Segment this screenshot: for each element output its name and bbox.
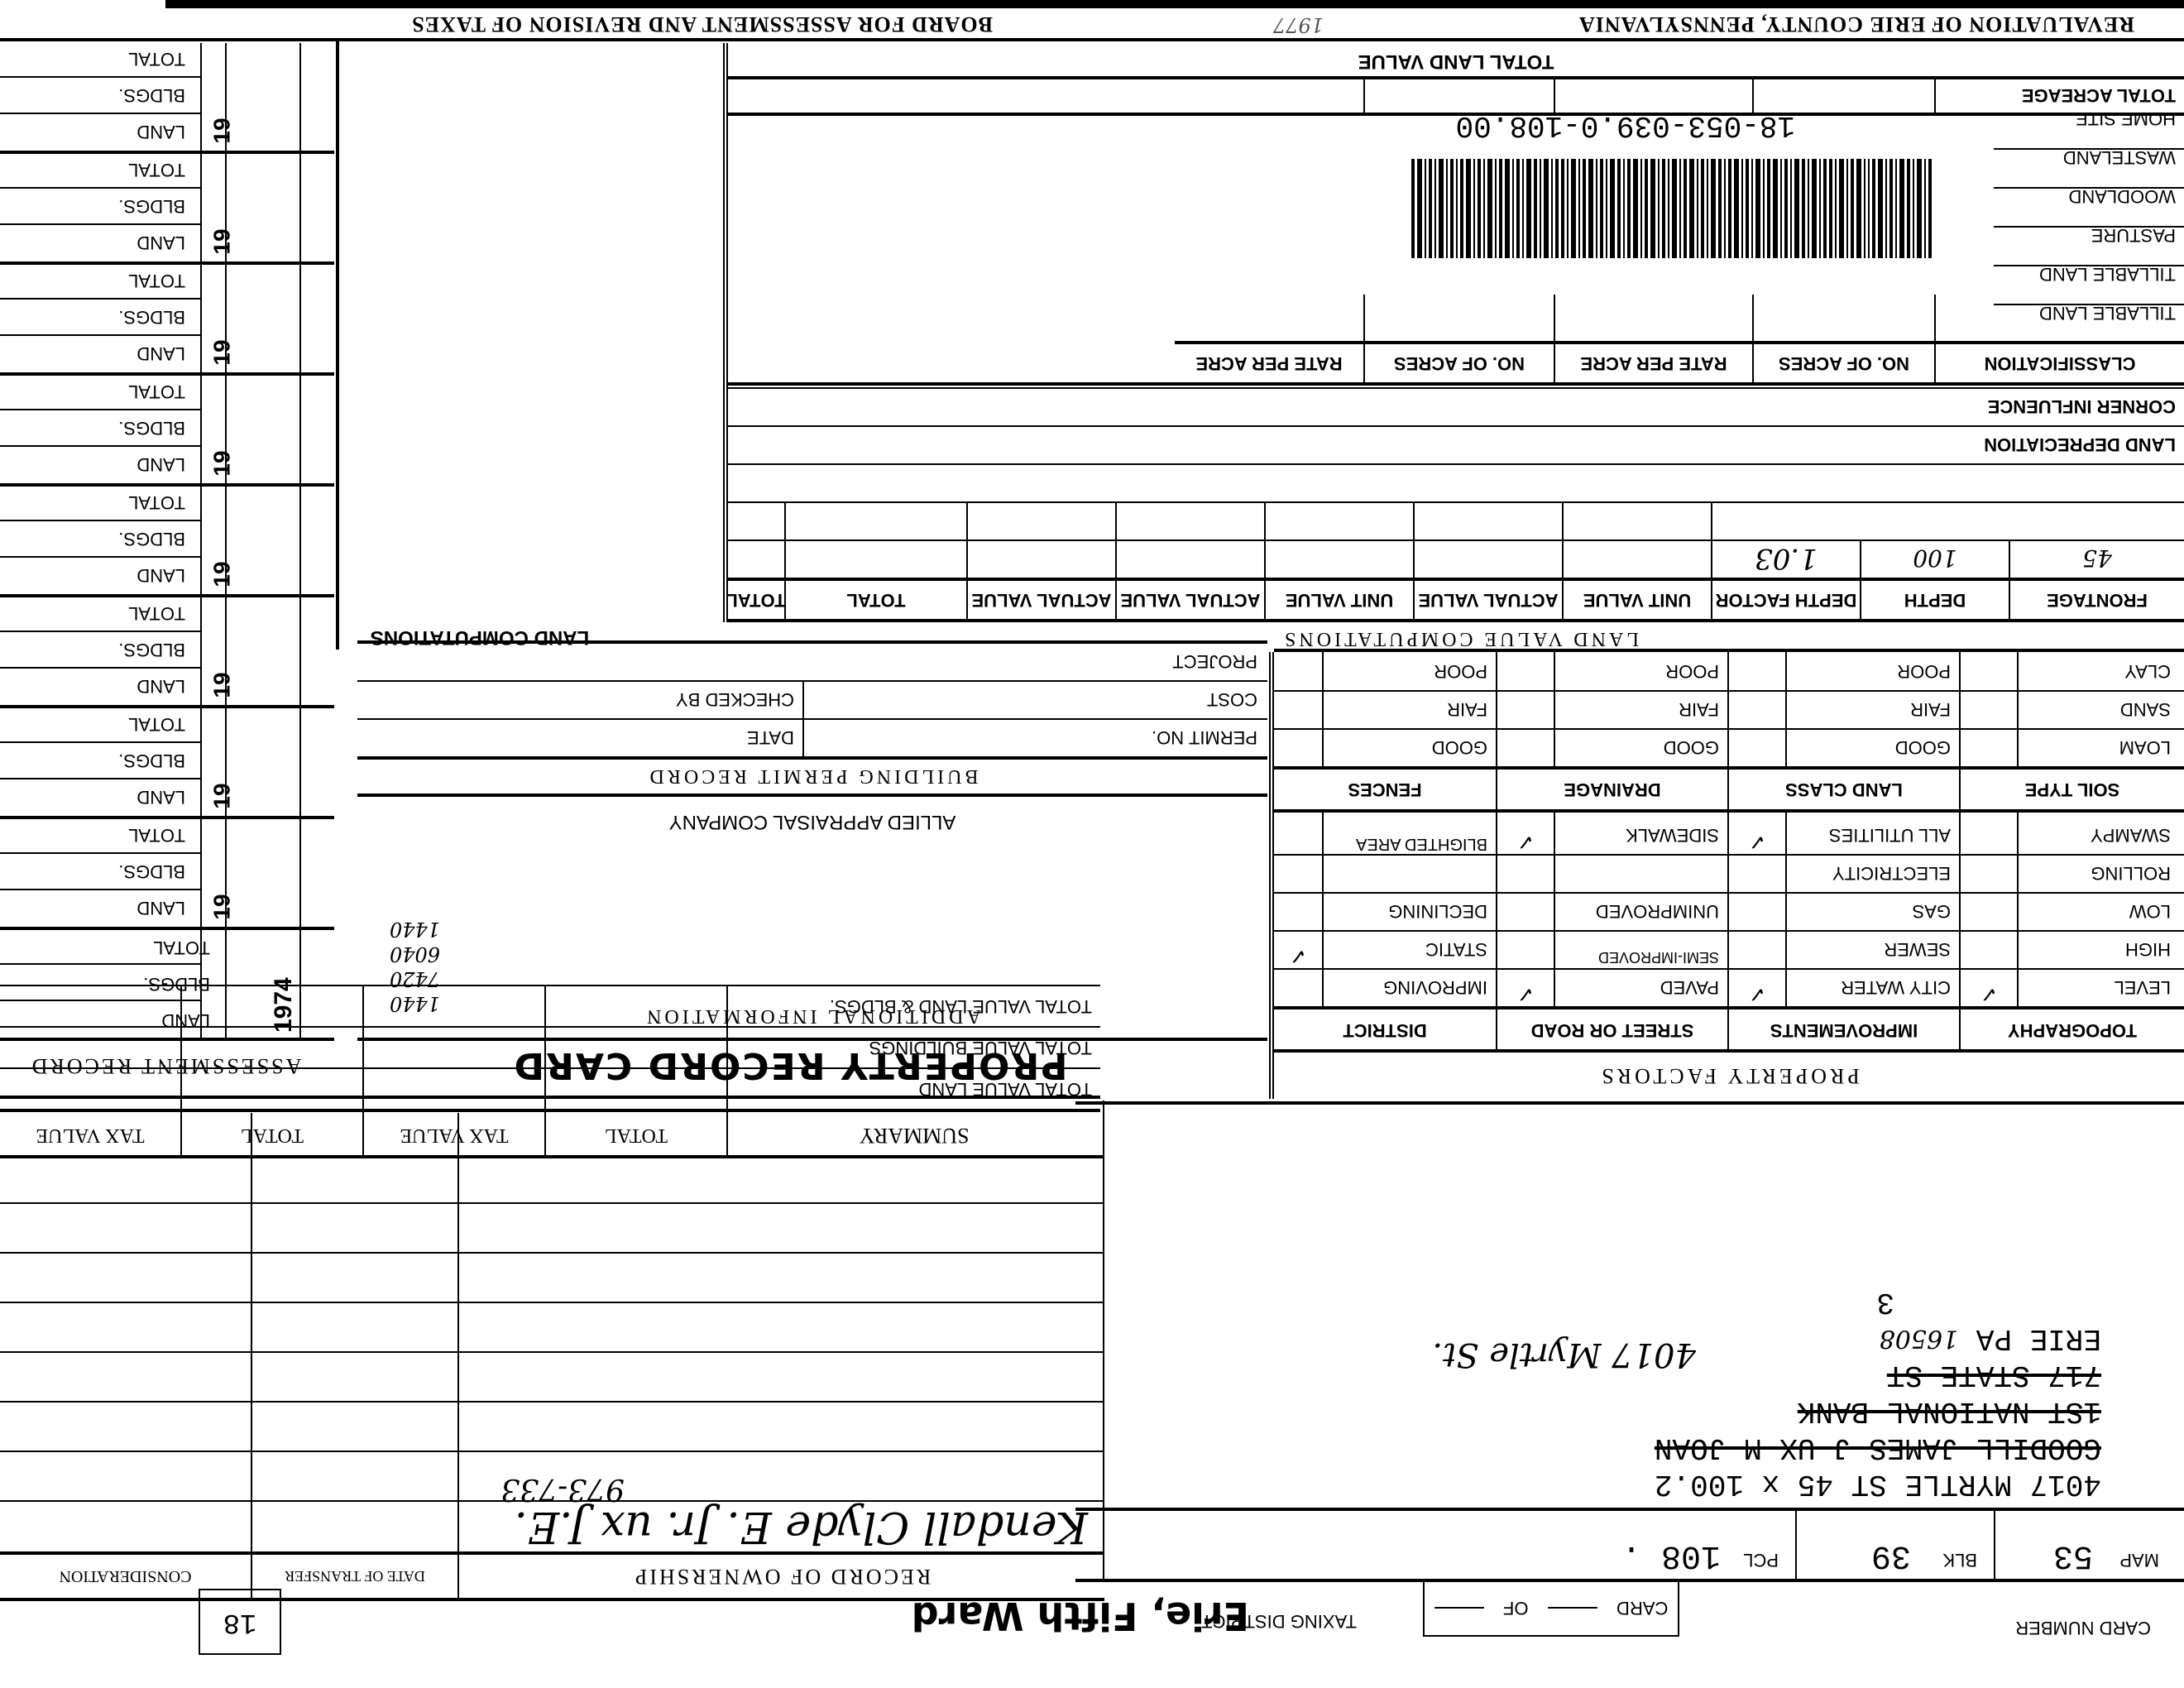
check-mark[interactable]	[1729, 930, 1787, 968]
rule	[357, 756, 1267, 760]
factor-label	[1324, 854, 1497, 892]
col-line	[966, 539, 968, 578]
rule	[0, 889, 202, 890]
factor-label	[1555, 854, 1729, 892]
assessment-row-label: BLDGS.	[118, 639, 185, 660]
rule	[0, 409, 202, 410]
year-prefix: 19	[208, 117, 235, 143]
address-line: 4017 MYRTLE ST 45 x 100.2	[1655, 1465, 2101, 1502]
cost-row[interactable]: COST CHECKED BY	[357, 680, 1267, 718]
col-line	[1115, 539, 1117, 578]
rule	[0, 334, 202, 336]
factor-label: SEWER	[1875, 930, 1961, 968]
row-wasteland: WASTELAND	[2039, 138, 2176, 177]
rule	[728, 578, 2184, 581]
check-mark[interactable]: ✓	[1497, 968, 1555, 1006]
check-mark[interactable]	[1497, 892, 1555, 930]
col-line	[1562, 539, 1564, 578]
check-mark[interactable]	[1274, 892, 1324, 930]
rule	[1994, 148, 2184, 150]
check-mark[interactable]	[1961, 930, 2019, 968]
factor-row: SWAMPY ALL UTILITIES ✓ SIDEWALK ✓ BLIGHT…	[1274, 813, 2184, 854]
col-line	[1711, 539, 1712, 578]
header-total: TOTAL	[786, 581, 968, 619]
col-line	[784, 501, 786, 539]
col-line	[1115, 501, 1117, 539]
factor-label: GOOD	[1655, 728, 1729, 766]
year-prefix: 19	[208, 450, 235, 476]
check-box[interactable]	[1785, 652, 1787, 690]
note: 6040	[390, 942, 440, 966]
city-line: ERIE PA	[1976, 1321, 2101, 1355]
corner-influence-row[interactable]: CORNER INFLUENCE	[728, 387, 2184, 425]
check-mark[interactable]: ✓	[1274, 930, 1324, 968]
blk-label: BLK	[1942, 1549, 1977, 1571]
line-number: 3	[1655, 1283, 2101, 1320]
check-mark[interactable]	[1497, 930, 1555, 968]
ownership-row[interactable]	[0, 1202, 1104, 1204]
assessment-row-label: BLDGS.	[118, 861, 185, 882]
year-prefix: 19	[208, 339, 235, 365]
summary-col-total: TOTAL	[546, 1109, 728, 1158]
note: 1440	[390, 991, 440, 1016]
check-box[interactable]	[1322, 728, 1324, 766]
ownership-row[interactable]	[0, 1302, 1104, 1303]
rule	[1994, 304, 2184, 305]
card-label: CARD	[1616, 1597, 1668, 1618]
header-frontage: FRONTAGE	[2010, 581, 2184, 619]
assessment-row-label: LAND	[136, 232, 185, 253]
factor-label: UNIMPROVED	[1588, 892, 1729, 930]
check-mark[interactable]: ✓	[1729, 813, 1787, 854]
assessment-block[interactable]	[0, 930, 334, 1041]
card-of-box[interactable]: CARD OF	[1423, 1579, 1679, 1637]
header-unit-value-2: UNIT VALUE	[1266, 581, 1415, 619]
rule	[1274, 1006, 2184, 1009]
header-topography: TOPOGRAPHY	[1961, 1009, 2184, 1051]
assessment-block[interactable]: 19LANDBLDGS.TOTAL	[0, 43, 334, 154]
rule	[728, 113, 2184, 116]
rule	[0, 445, 202, 447]
assessment-row-label: BLDGS.	[118, 84, 185, 106]
assessment-block[interactable]: 19LANDBLDGS.TOTAL	[0, 597, 334, 708]
divider	[1269, 652, 1274, 1099]
rule	[1994, 265, 2184, 266]
factor-label: SEMI-IMPROVED	[1555, 930, 1729, 968]
header-street-road: STREET OR ROAD	[1497, 1009, 1729, 1051]
header-rate-per-acre: RATE PER ACRE	[1555, 344, 1754, 382]
ownership-title: RECORD OF OWNERSHIP	[459, 1551, 1104, 1601]
header-drainage: DRAINAGE	[1497, 770, 1729, 809]
ownership-row[interactable]	[0, 1252, 1104, 1254]
land-value-row[interactable]	[728, 463, 2184, 501]
check-mark[interactable]: ✓	[1497, 813, 1555, 854]
assessment-row-label: BLDGS.	[118, 528, 185, 549]
factor-label: HIGH	[2125, 938, 2171, 960]
factor-label: IMPROVING	[1375, 968, 1497, 1006]
header-depth: DEPTH	[1861, 581, 2010, 619]
header-total-2: TOTAL	[728, 581, 786, 619]
rule	[0, 223, 202, 225]
factor-row: ROLLING ELECTRICITY	[1274, 854, 2184, 892]
factor-label: POOR	[1425, 652, 1497, 690]
factor-label: STATIC	[1417, 930, 1497, 968]
ownership-row[interactable]	[0, 1351, 1104, 1353]
pcl-cell: PCL 108 .	[1084, 1509, 1795, 1579]
summary-title: SUMMARY	[728, 1109, 1100, 1158]
rule	[728, 382, 2184, 386]
total-acreage-label: TOTAL ACREAGE	[2022, 84, 2176, 106]
col-date-transfer: DATE OF TRANSFER	[252, 1551, 459, 1601]
check-box[interactable]	[1322, 652, 1324, 690]
summary-col-total-2: TOTAL	[182, 1109, 364, 1158]
rule	[0, 852, 202, 854]
factor-label: FAIR	[1670, 690, 1729, 728]
assessment-row-label: BLDGS.	[118, 306, 185, 328]
note: 7420	[390, 966, 440, 991]
col-line	[1363, 79, 1365, 116]
corner-influence-label: CORNER INFLUENCE	[1988, 396, 2176, 417]
ownership-row[interactable]	[0, 1500, 1104, 1502]
rule	[1274, 766, 2184, 770]
factor-label: SAND	[2120, 698, 2171, 720]
year-prefix: 19	[208, 561, 235, 587]
year-prefix: 19	[208, 894, 235, 919]
assessment-row-label: TOTAL	[128, 713, 185, 735]
header-no-acres-2: NO. OF ACRES	[1365, 344, 1555, 382]
former-mailing-line: 1ST NATIONAL BANK	[1655, 1393, 2101, 1429]
summary-col-tax-value: TAX VALUE	[364, 1109, 546, 1158]
factor-label: ROLLING	[2091, 862, 2171, 884]
owner-name: Kendall Clyde E. Jr. ux J.E.	[515, 1502, 1088, 1551]
factor-label: PAVED	[1652, 968, 1729, 1006]
assessment-row-label: LAND	[136, 675, 185, 697]
assessment-block[interactable]: 19LANDBLDGS.TOTAL	[0, 708, 334, 819]
rule	[0, 520, 202, 521]
soil-row: LOAM GOOD GOOD GOOD	[1274, 728, 2184, 766]
col-line	[1363, 295, 1365, 344]
land-value-grid: FRONTAGE DEPTH DEPTH FACTOR UNIT VALUE A…	[728, 51, 2184, 622]
check-box[interactable]	[1322, 690, 1324, 728]
card-number-label: CARD NUMBER	[2052, 1617, 2151, 1638]
additional-info-section: ADDITIONAL INFORMATION 1440 7420 6040 14…	[357, 611, 1267, 1041]
factor-label: ALL UTILITIES	[1821, 813, 1961, 854]
check-box[interactable]	[2017, 652, 2019, 690]
rule	[0, 38, 2184, 41]
scan-edge	[165, 0, 2184, 8]
header-classification: CLASSIFICATION	[1936, 344, 2184, 382]
barcode-icon	[1286, 159, 1932, 258]
assessment-row-label: BLDGS.	[118, 195, 185, 217]
check-mark[interactable]	[1274, 854, 1324, 892]
assessment-row-label: LAND	[136, 453, 185, 475]
rule	[1994, 226, 2184, 228]
check-mark[interactable]	[1961, 892, 2019, 930]
col-line	[1752, 79, 1754, 116]
factor-label: POOR	[1889, 652, 1961, 690]
header-unit-value: UNIT VALUE	[1564, 581, 1712, 619]
check-box[interactable]	[1554, 652, 1555, 690]
assessment-row-label: LAND	[136, 897, 185, 918]
header-rate-per-acre-2: RATE PER ACRE	[1175, 344, 1365, 382]
year-prefix: 19	[208, 783, 235, 808]
total-land-value-label: TOTAL LAND VALUE	[728, 45, 2184, 78]
check-mark[interactable]	[1961, 813, 2019, 854]
map-label: MAP	[2119, 1549, 2159, 1571]
factor-row: LEVEL ✓ CITY WATER ✓ PAVED ✓ IMPROVING	[1274, 968, 2184, 1006]
rule	[0, 298, 202, 300]
assessment-row-label: LAND	[136, 343, 185, 364]
factor-label: FAIR	[1902, 690, 1961, 728]
rule	[0, 1000, 202, 1001]
property-record-card: CARD NUMBER CARD OF TAXING DISTRICT Erie…	[0, 0, 2184, 1688]
col-consideration: CONSIDERATION	[0, 1551, 252, 1601]
factor-label: SWAMPY	[2091, 824, 2171, 846]
assessment-row-label: TOTAL	[128, 824, 185, 846]
property-factors-title: PROPERTY FACTORS	[1274, 1053, 2184, 1099]
header-district: DISTRICT	[1274, 1009, 1497, 1051]
blk-cell: BLK 39	[1795, 1509, 1994, 1579]
factor-label: CLAY	[2124, 660, 2171, 682]
assessment-row-label: TOTAL	[128, 159, 185, 180]
rule	[0, 778, 202, 779]
check-box[interactable]	[1554, 728, 1555, 766]
header-actual-value-2: ACTUAL VALUE	[1117, 581, 1266, 619]
cost-label: COST	[1207, 688, 1257, 710]
factor-label: ELECTRICITY	[1824, 854, 1961, 892]
factor-label: DECLINING	[1380, 892, 1497, 930]
assessment-row-label: LAND	[136, 564, 185, 586]
rule	[0, 963, 202, 965]
year-prefix: 19	[208, 672, 235, 698]
check-box[interactable]	[1785, 690, 1787, 728]
header-land-class: LAND CLASS	[1729, 770, 1961, 809]
additional-info-title: ADDITIONAL INFORMATION	[357, 1000, 1267, 1033]
assessment-block[interactable]: 19LANDBLDGS.TOTAL	[0, 819, 334, 930]
assessment-block[interactable]: 19LANDBLDGS.TOTAL	[0, 487, 334, 597]
former-owner-line: GOODILL JAMES J UX M JOAN	[1655, 1429, 2101, 1465]
depth-factor-value: 1.03	[1712, 539, 1861, 578]
assessment-row-label: LAND	[136, 121, 185, 142]
assessment-block[interactable]: 19LANDBLDGS.TOTAL	[0, 154, 334, 265]
col-line	[966, 501, 968, 539]
blk-value: 39	[1871, 1537, 1911, 1574]
parcel-barcode	[1286, 159, 1932, 258]
checked-by-label: CHECKED BY	[668, 680, 804, 718]
factor-label: GOOD	[1887, 728, 1961, 766]
map-cell: MAP 53	[1994, 1509, 2184, 1579]
handwritten-address: 4017 Myrtle St.	[1432, 1336, 1696, 1374]
assessment-block[interactable]: 19LANDBLDGS.TOTAL	[0, 376, 334, 487]
of-label: OF	[1503, 1597, 1529, 1618]
col-line	[1752, 295, 1754, 344]
year-prefix: 19	[208, 228, 235, 254]
land-depreciation-row[interactable]: LAND DEPRECIATION	[728, 425, 2184, 463]
note: 1440	[390, 917, 440, 942]
assessment-row-label: TOTAL	[128, 492, 185, 513]
rule	[1274, 809, 2184, 813]
factor-label: GAS	[1904, 892, 1961, 930]
ownership-row[interactable]	[0, 1451, 1104, 1452]
rule	[0, 741, 202, 743]
check-box[interactable]	[2017, 728, 2019, 766]
frontage-value: 45	[2010, 539, 2184, 578]
col-line	[1413, 539, 1415, 578]
property-factors-grid: TOPOGRAPHY IMPROVEMENTS STREET OR ROAD D…	[1274, 589, 2184, 1053]
land-value-row[interactable]: 45 100 1.03	[728, 539, 2184, 578]
zip-handwritten: 16508	[1880, 1324, 1958, 1353]
factor-label: GOOD	[1424, 728, 1497, 766]
former-street-line: 717 STATE ST	[1655, 1356, 2101, 1393]
pcl-label: PCL	[1743, 1549, 1779, 1571]
rule	[0, 113, 202, 114]
factor-label: BLIGHTED AREA	[1324, 813, 1497, 854]
factor-label: LEVEL	[2115, 976, 2172, 998]
check-box[interactable]	[1785, 728, 1787, 766]
land-depreciation-label: LAND DEPRECIATION	[1984, 434, 2176, 455]
permit-row[interactable]: PERMIT NO. DATE	[357, 718, 1267, 756]
rule	[0, 667, 202, 669]
check-mark[interactable]: ✓	[1729, 968, 1787, 1006]
depth-value: 100	[1861, 539, 2010, 578]
header-soil-type: SOIL TYPE	[1961, 770, 2184, 809]
factor-row: LOW GAS UNIMPROVED DECLINING	[1274, 892, 2184, 930]
permit-no-label: PERMIT NO.	[1152, 727, 1257, 748]
pcl-value: 108 .	[1621, 1537, 1721, 1574]
factor-label: LOW	[2129, 900, 2171, 922]
factor-label: SIDEWALK	[1617, 813, 1729, 854]
col-line	[251, 1113, 252, 1551]
rule	[357, 794, 1267, 797]
header-actual-value: ACTUAL VALUE	[1415, 581, 1564, 619]
rule	[357, 1038, 1267, 1041]
rule	[0, 631, 202, 632]
header-handwritten-mark: 1977	[1273, 13, 1324, 36]
col-line	[1413, 501, 1415, 539]
header-depth-factor: DEPTH FACTOR	[1712, 581, 1861, 619]
check-mark[interactable]	[1274, 813, 1324, 854]
col-line	[784, 539, 786, 578]
appraisal-company: ALLIED APPRAISAL COMPANY	[357, 809, 1267, 834]
header-title: REVALUATION OF ERIE COUNTY, PENNSYLVANIA	[1578, 12, 2134, 36]
summary-col-tax-value-2: TAX VALUE	[0, 1109, 182, 1158]
row-tillable: TILLABLE LAND	[2039, 294, 2176, 333]
ownership-row[interactable]	[0, 1401, 1104, 1403]
rule	[1175, 341, 2184, 344]
land-computations-panel[interactable]	[334, 43, 723, 622]
assessment-record-title: ASSESSMENT RECORD	[0, 1041, 331, 1091]
check-mark[interactable]	[1274, 968, 1324, 1006]
row-tillable-2: TILLABLE LAND	[2039, 255, 2176, 294]
header-actual-value-3: ACTUAL VALUE	[968, 581, 1117, 619]
factor-label: POOR	[1657, 652, 1729, 690]
rule	[0, 76, 202, 78]
assessment-row-label: TOTAL	[128, 270, 185, 291]
col-line	[1264, 501, 1266, 539]
rule	[0, 187, 202, 189]
additional-notes: 1440 7420 6040 1440	[390, 917, 440, 1016]
land-value-row[interactable]	[728, 501, 2184, 539]
assessment-row-label: LAND	[136, 786, 185, 808]
col-line	[457, 1113, 459, 1551]
assessment-block[interactable]: 19LANDBLDGS.TOTAL	[0, 265, 334, 376]
check-box[interactable]	[1554, 690, 1555, 728]
property-address-block: 4017 MYRTLE ST 45 x 100.2 GOODILL JAMES …	[1655, 1283, 2101, 1502]
factor-label: CITY WATER	[1832, 968, 1961, 1006]
col-line	[1554, 295, 1555, 344]
property-record-card-title: PROPERTY RECORD CARD	[314, 1041, 1266, 1091]
acreage-labels: TILLABLE LAND TILLABLE LAND PASTURE WOOD…	[2039, 99, 2176, 333]
assessment-row-label: TOTAL	[128, 602, 185, 624]
soil-row: CLAY POOR POOR POOR	[1274, 652, 2184, 690]
col-line	[1934, 295, 1936, 344]
rule	[0, 556, 202, 558]
ownership-section: RECORD OF OWNERSHIP DATE OF TRANSFER CON…	[0, 1096, 1104, 1601]
row-woodland: WOODLAND	[2039, 177, 2176, 216]
col-line	[1562, 501, 1564, 539]
land-value-title: LAND VALUE COMPUTATIONS	[736, 622, 2184, 655]
header-no-acres: NO. OF ACRES	[1754, 344, 1936, 382]
rule	[0, 1096, 1100, 1099]
divider	[723, 43, 728, 622]
header-improvements: IMPROVEMENTS	[1729, 1009, 1961, 1051]
check-mark[interactable]	[1961, 854, 2019, 892]
assessment-row-label: BLDGS.	[118, 417, 185, 439]
check-mark[interactable]	[1729, 854, 1787, 892]
building-permit-title: BUILDING PERMIT RECORD	[357, 760, 1267, 793]
rule	[1994, 187, 2184, 189]
col-line	[1711, 501, 1712, 539]
col-line	[1264, 539, 1266, 578]
check-mark[interactable]	[1729, 892, 1787, 930]
col-line	[1934, 79, 1936, 116]
assessment-row-label: TOTAL	[128, 48, 185, 70]
map-value: 53	[2053, 1537, 2093, 1574]
factor-label: LOAM	[2119, 736, 2171, 758]
check-mark[interactable]: ✓	[1961, 968, 2019, 1006]
check-box[interactable]	[2017, 690, 2019, 728]
header-fences: FENCES	[1274, 770, 1497, 809]
date-label: DATE	[739, 718, 804, 756]
soil-row: SAND FAIR FAIR FAIR	[1274, 690, 2184, 728]
assessment-row-label: BLDGS.	[118, 750, 185, 771]
assessment-row-label: TOTAL	[128, 381, 185, 402]
row-pasture: PASTURE	[2039, 216, 2176, 255]
rule	[1075, 1101, 2184, 1105]
taxing-district-label: TAXING DISTRICT	[1241, 1610, 1357, 1632]
board-title: BOARD FOR ASSESSMENT AND REVISION OF TAX…	[411, 12, 993, 36]
divider	[334, 41, 339, 650]
col-line	[1554, 79, 1555, 116]
check-mark[interactable]	[1497, 854, 1555, 892]
factor-row: HIGH SEWER SEMI-IMPROVED STATIC ✓	[1274, 930, 2184, 968]
rule	[728, 619, 2184, 622]
factor-label: FAIR	[1439, 690, 1497, 728]
